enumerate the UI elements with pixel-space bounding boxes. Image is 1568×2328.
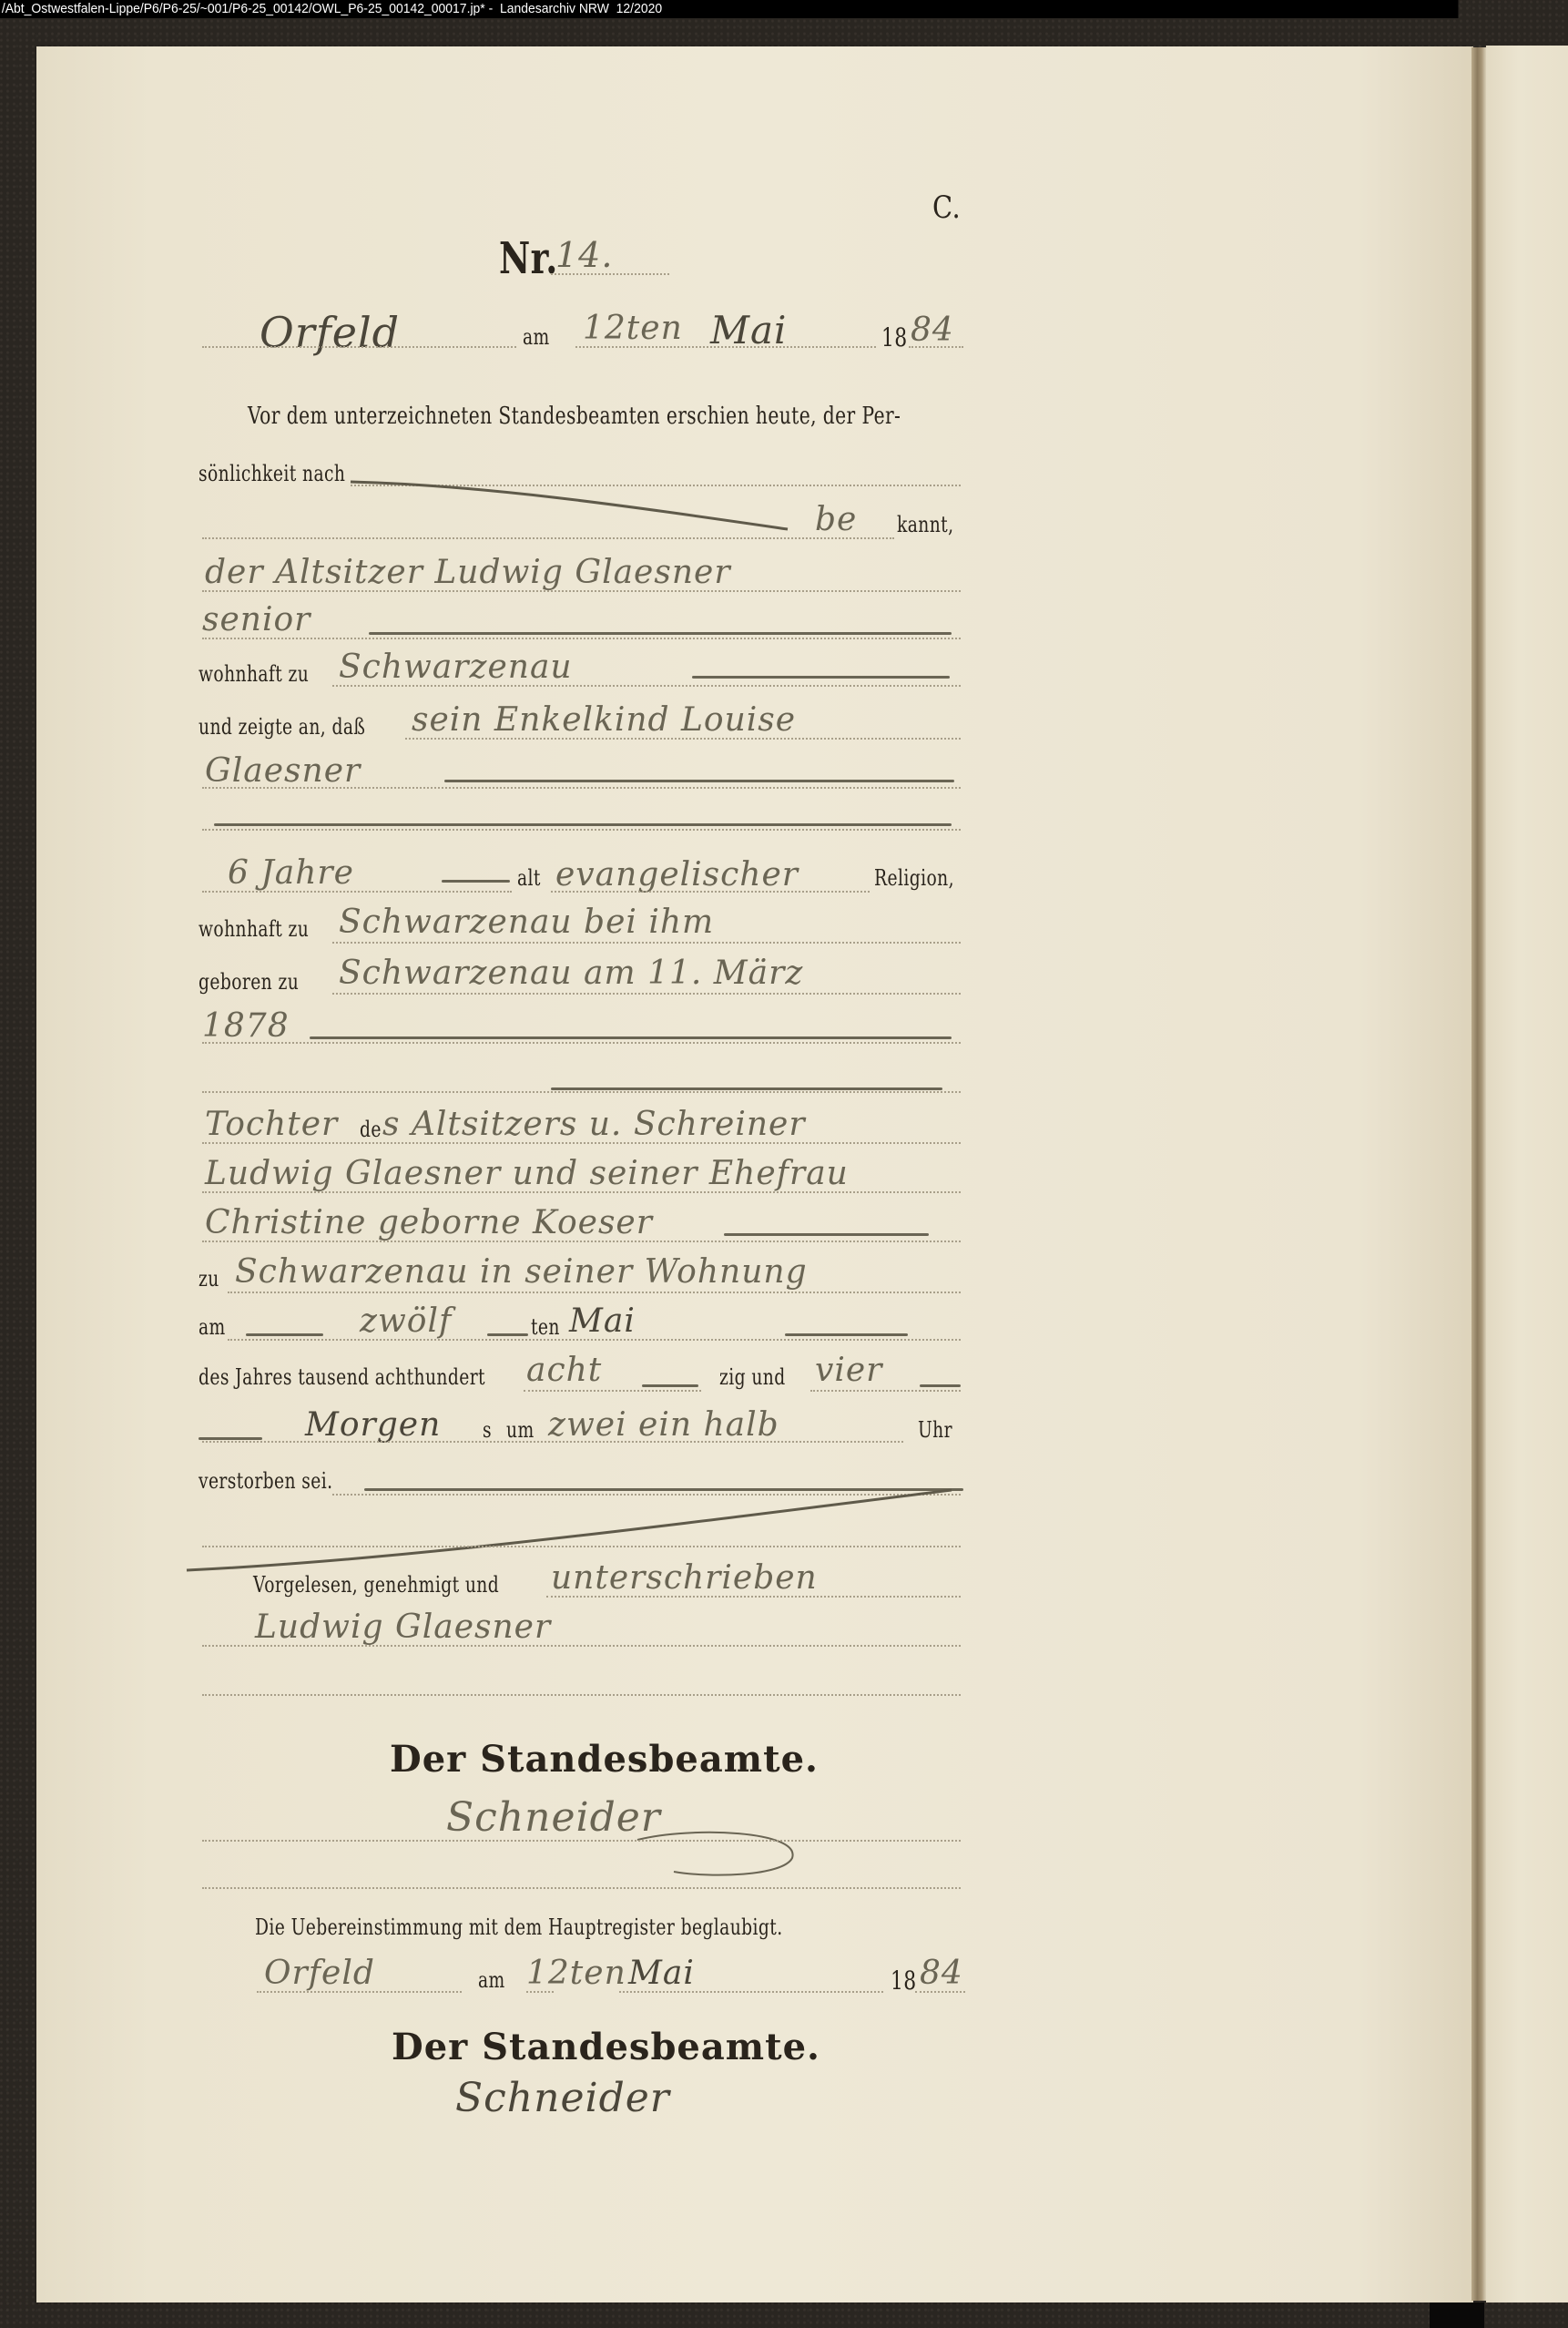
cert-year-suffix-handwritten: 84 [920, 1955, 963, 1992]
s-label: s [483, 1417, 492, 1443]
signature-flourish [637, 1822, 820, 1885]
rule [202, 1546, 961, 1547]
year-unit-handwritten: vier [815, 1352, 882, 1389]
rule [202, 829, 961, 831]
rule [202, 537, 894, 539]
rule [202, 1241, 961, 1242]
binding-shadow [1430, 2302, 1484, 2328]
intro-text-2: sönlichkeit nach [199, 461, 345, 486]
rule [228, 1292, 961, 1293]
fill-dash [551, 1087, 942, 1090]
rule [551, 891, 870, 893]
rule [202, 1042, 961, 1044]
cert-year-prefix: 18 [891, 1966, 917, 1996]
wohnhaft-handwritten: Schwarzenau [339, 648, 573, 686]
religion-handwritten: evangelischer [555, 856, 799, 893]
rule [546, 1596, 961, 1598]
mother-handwritten: Christine geborne Koeser [205, 1204, 653, 1241]
rule [202, 891, 512, 893]
informant-signature: Ludwig Glaesner [255, 1608, 551, 1646]
father-handwritten: s Altsitzers u. Schreiner [382, 1106, 806, 1143]
rule [257, 1991, 462, 1993]
rule [202, 638, 961, 639]
anzeige-handwritten: sein Enkelkind Louise [412, 701, 796, 739]
fill-dash [444, 780, 954, 782]
rule [909, 346, 963, 348]
rule [810, 1390, 961, 1392]
am-label-2: am [199, 1314, 226, 1340]
time-of-day-handwritten: Morgen [305, 1406, 441, 1444]
rule [202, 1887, 961, 1889]
cert-month-handwritten: Mai [628, 1955, 695, 1992]
wohnhaft2-handwritten: Schwarzenau bei ihm [339, 904, 714, 941]
informant-handwritten: der Altsitzer Ludwig Glaesner [205, 554, 731, 591]
death-day-handwritten: zwölf [360, 1302, 452, 1340]
fill-dash [642, 1384, 698, 1387]
year-decade-handwritten: acht [526, 1352, 602, 1389]
fill-dash [369, 632, 952, 635]
kannt-prefix-handwritten: be [815, 501, 857, 538]
rule [915, 1991, 965, 1993]
jahr-label: des Jahres tausend achthundert [199, 1364, 485, 1390]
form-letter: C. [932, 189, 961, 226]
record-number: 14. [555, 235, 613, 275]
rule [202, 1694, 961, 1696]
intro-text: Vor dem unterzeichneten Standesbeamten e… [248, 403, 901, 430]
wohnhaft2-label: wohnhaft zu [199, 916, 309, 942]
birth-year-handwritten: 1878 [202, 1007, 290, 1045]
uhr-label: Uhr [918, 1417, 952, 1443]
vorgelesen-handwritten: unterschrieben [551, 1559, 818, 1597]
parents-handwritten: Ludwig Glaesner und seiner Ehefrau [205, 1155, 849, 1192]
time-handwritten: zwei ein halb [548, 1406, 779, 1444]
rule [228, 1339, 961, 1341]
rule [524, 1390, 701, 1392]
rule [202, 1645, 961, 1647]
fill-dash [442, 880, 510, 883]
cert-day-handwritten: 12ten [526, 1955, 626, 1992]
zig-label: zig und [719, 1364, 786, 1390]
geboren-label: geboren zu [199, 969, 299, 995]
informant-handwritten-2: senior [202, 601, 311, 638]
alt-label: alt [517, 865, 541, 891]
anzeige-handwritten-2: Glaesner [205, 752, 361, 790]
wohnhaft-label: wohnhaft zu [199, 661, 309, 687]
rule [526, 1991, 554, 1993]
death-place-handwritten: Schwarzenau in seiner Wohnung [235, 1253, 808, 1291]
official-title: Der Standesbeamte. [390, 1738, 819, 1781]
zu-label: zu [199, 1266, 219, 1292]
window-title-bar: /Abt_Ostwestfalen-Lippe/P6/P6-25/~001/P6… [0, 0, 1458, 18]
place-handwritten: Orfeld [260, 308, 400, 357]
vorgelesen-label: Vorgelesen, genehmigt und [253, 1572, 499, 1598]
cert-am-label: am [478, 1967, 505, 1993]
number-label: Nr. [499, 233, 558, 284]
next-page-edge [1486, 46, 1568, 2302]
rule [202, 1091, 961, 1093]
rule [332, 993, 961, 995]
official-signature-2: Schneider [455, 2075, 670, 2121]
anzeige-label: und zeigte an, daß [199, 714, 365, 740]
rule [202, 1840, 961, 1842]
um-label: um [506, 1417, 535, 1443]
religion-label: Religion, [874, 865, 954, 891]
year-prefix: 18 [881, 322, 908, 352]
rule [551, 273, 669, 275]
official-title-2: Der Standesbeamte. [392, 2026, 820, 2068]
fill-dash [246, 1333, 323, 1336]
rule [202, 346, 516, 348]
fill-dash [310, 1036, 952, 1039]
fill-dash [214, 823, 952, 826]
rule [202, 1191, 961, 1193]
official-signature: Schneider [446, 1794, 661, 1841]
rule [575, 346, 876, 348]
tochter-handwritten: Tochter [205, 1106, 338, 1143]
fill-dash [692, 676, 950, 679]
tochter-label: de [360, 1117, 382, 1142]
fill-dash [920, 1384, 961, 1387]
cert-place-handwritten: Orfeld [264, 1955, 375, 1992]
fill-dash [785, 1333, 908, 1336]
day-handwritten: 12ten [583, 310, 683, 347]
rule [405, 738, 961, 740]
fill-dash [199, 1437, 262, 1440]
fill-dash [487, 1333, 528, 1336]
book-binding-gutter [1471, 47, 1486, 2301]
am-label: am [523, 324, 550, 350]
rule [202, 590, 961, 592]
fill-dash [724, 1233, 929, 1236]
rule [202, 787, 961, 789]
kannt-label: kannt, [897, 512, 953, 537]
year-suffix-handwritten: 84 [911, 311, 954, 349]
rule [332, 685, 961, 687]
geboren-handwritten: Schwarzenau am 11. März [339, 955, 803, 992]
ten-label: ten [531, 1314, 560, 1340]
certification-text: Die Uebereinstimmung mit dem Hauptregist… [255, 1914, 783, 1940]
rule [202, 1142, 961, 1144]
age-handwritten: 6 Jahre [228, 854, 354, 892]
rule [202, 1441, 903, 1443]
rule [619, 1991, 883, 1993]
rule [332, 942, 961, 944]
death-month-handwritten: Mai [569, 1302, 636, 1340]
